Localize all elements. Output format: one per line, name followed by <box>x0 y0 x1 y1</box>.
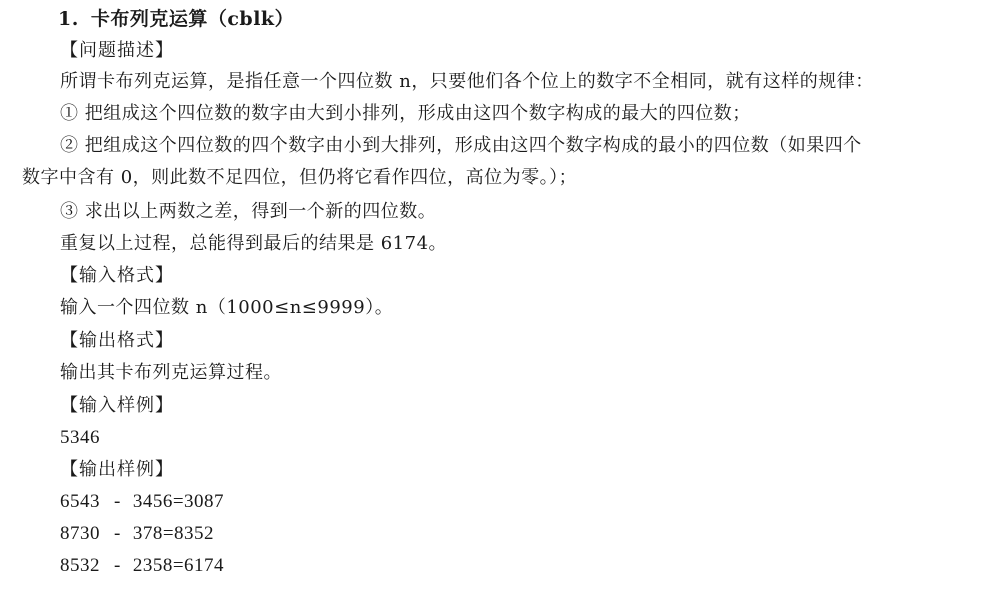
output-sample-line: 8532-2358=6174 <box>60 555 224 577</box>
input-format-text: 输入一个四位数 n（1000≤n≤9999）。 <box>60 297 393 319</box>
description-conclusion: 重复以上过程，总能得到最后的结果是 6174。 <box>60 233 447 255</box>
output-sample-line: 8730-378=8352 <box>60 523 214 545</box>
minus-sign: - <box>114 491 121 513</box>
input-sample-value: 5346 <box>60 427 100 449</box>
problem-title: 1.卡布列克运算（cblk） <box>58 8 294 30</box>
section-heading-output-sample: 【输出样例】 <box>60 459 174 481</box>
description-step-3: ③ 求出以上两数之差，得到一个新的四位数。 <box>60 201 436 223</box>
minuend: 8730 <box>60 523 100 544</box>
difference: =8352 <box>163 523 214 544</box>
output-sample-line: 6543-3456=3087 <box>60 491 224 513</box>
subtrahend: 2358 <box>133 555 173 576</box>
minuend: 8532 <box>60 555 100 576</box>
difference: =6174 <box>173 555 224 576</box>
description-step-2: ② 把组成这个四位数的四个数字由小到大排列，形成由这四个数字构成的最小的四位数（… <box>60 135 862 157</box>
minus-sign: - <box>114 523 121 545</box>
section-heading-input-format: 【输入格式】 <box>60 265 174 287</box>
section-heading-input-sample: 【输入样例】 <box>60 395 174 417</box>
section-heading-output-format: 【输出格式】 <box>60 330 174 352</box>
minus-sign: - <box>114 555 121 577</box>
description-step-2-continued: 数字中含有 0，则此数不足四位，但仍将它看作四位，高位为零。）； <box>22 167 577 189</box>
output-format-text: 输出其卡布列克运算过程。 <box>60 362 282 384</box>
description-step-1: ① 把组成这个四位数的数字由大到小排列，形成由这四个数字构成的最大的四位数； <box>60 103 751 125</box>
section-heading-description: 【问题描述】 <box>60 40 174 62</box>
difference: =3087 <box>173 491 224 512</box>
subtrahend: 378 <box>133 523 163 544</box>
problem-title-text: 卡布列克运算（cblk） <box>91 8 294 30</box>
problem-number: 1. <box>58 8 79 30</box>
subtrahend: 3456 <box>133 491 173 512</box>
description-intro: 所谓卡布列克运算，是指任意一个四位数 n，只要他们各个位上的数字不全相同，就有这… <box>60 71 874 93</box>
minuend: 6543 <box>60 491 100 512</box>
